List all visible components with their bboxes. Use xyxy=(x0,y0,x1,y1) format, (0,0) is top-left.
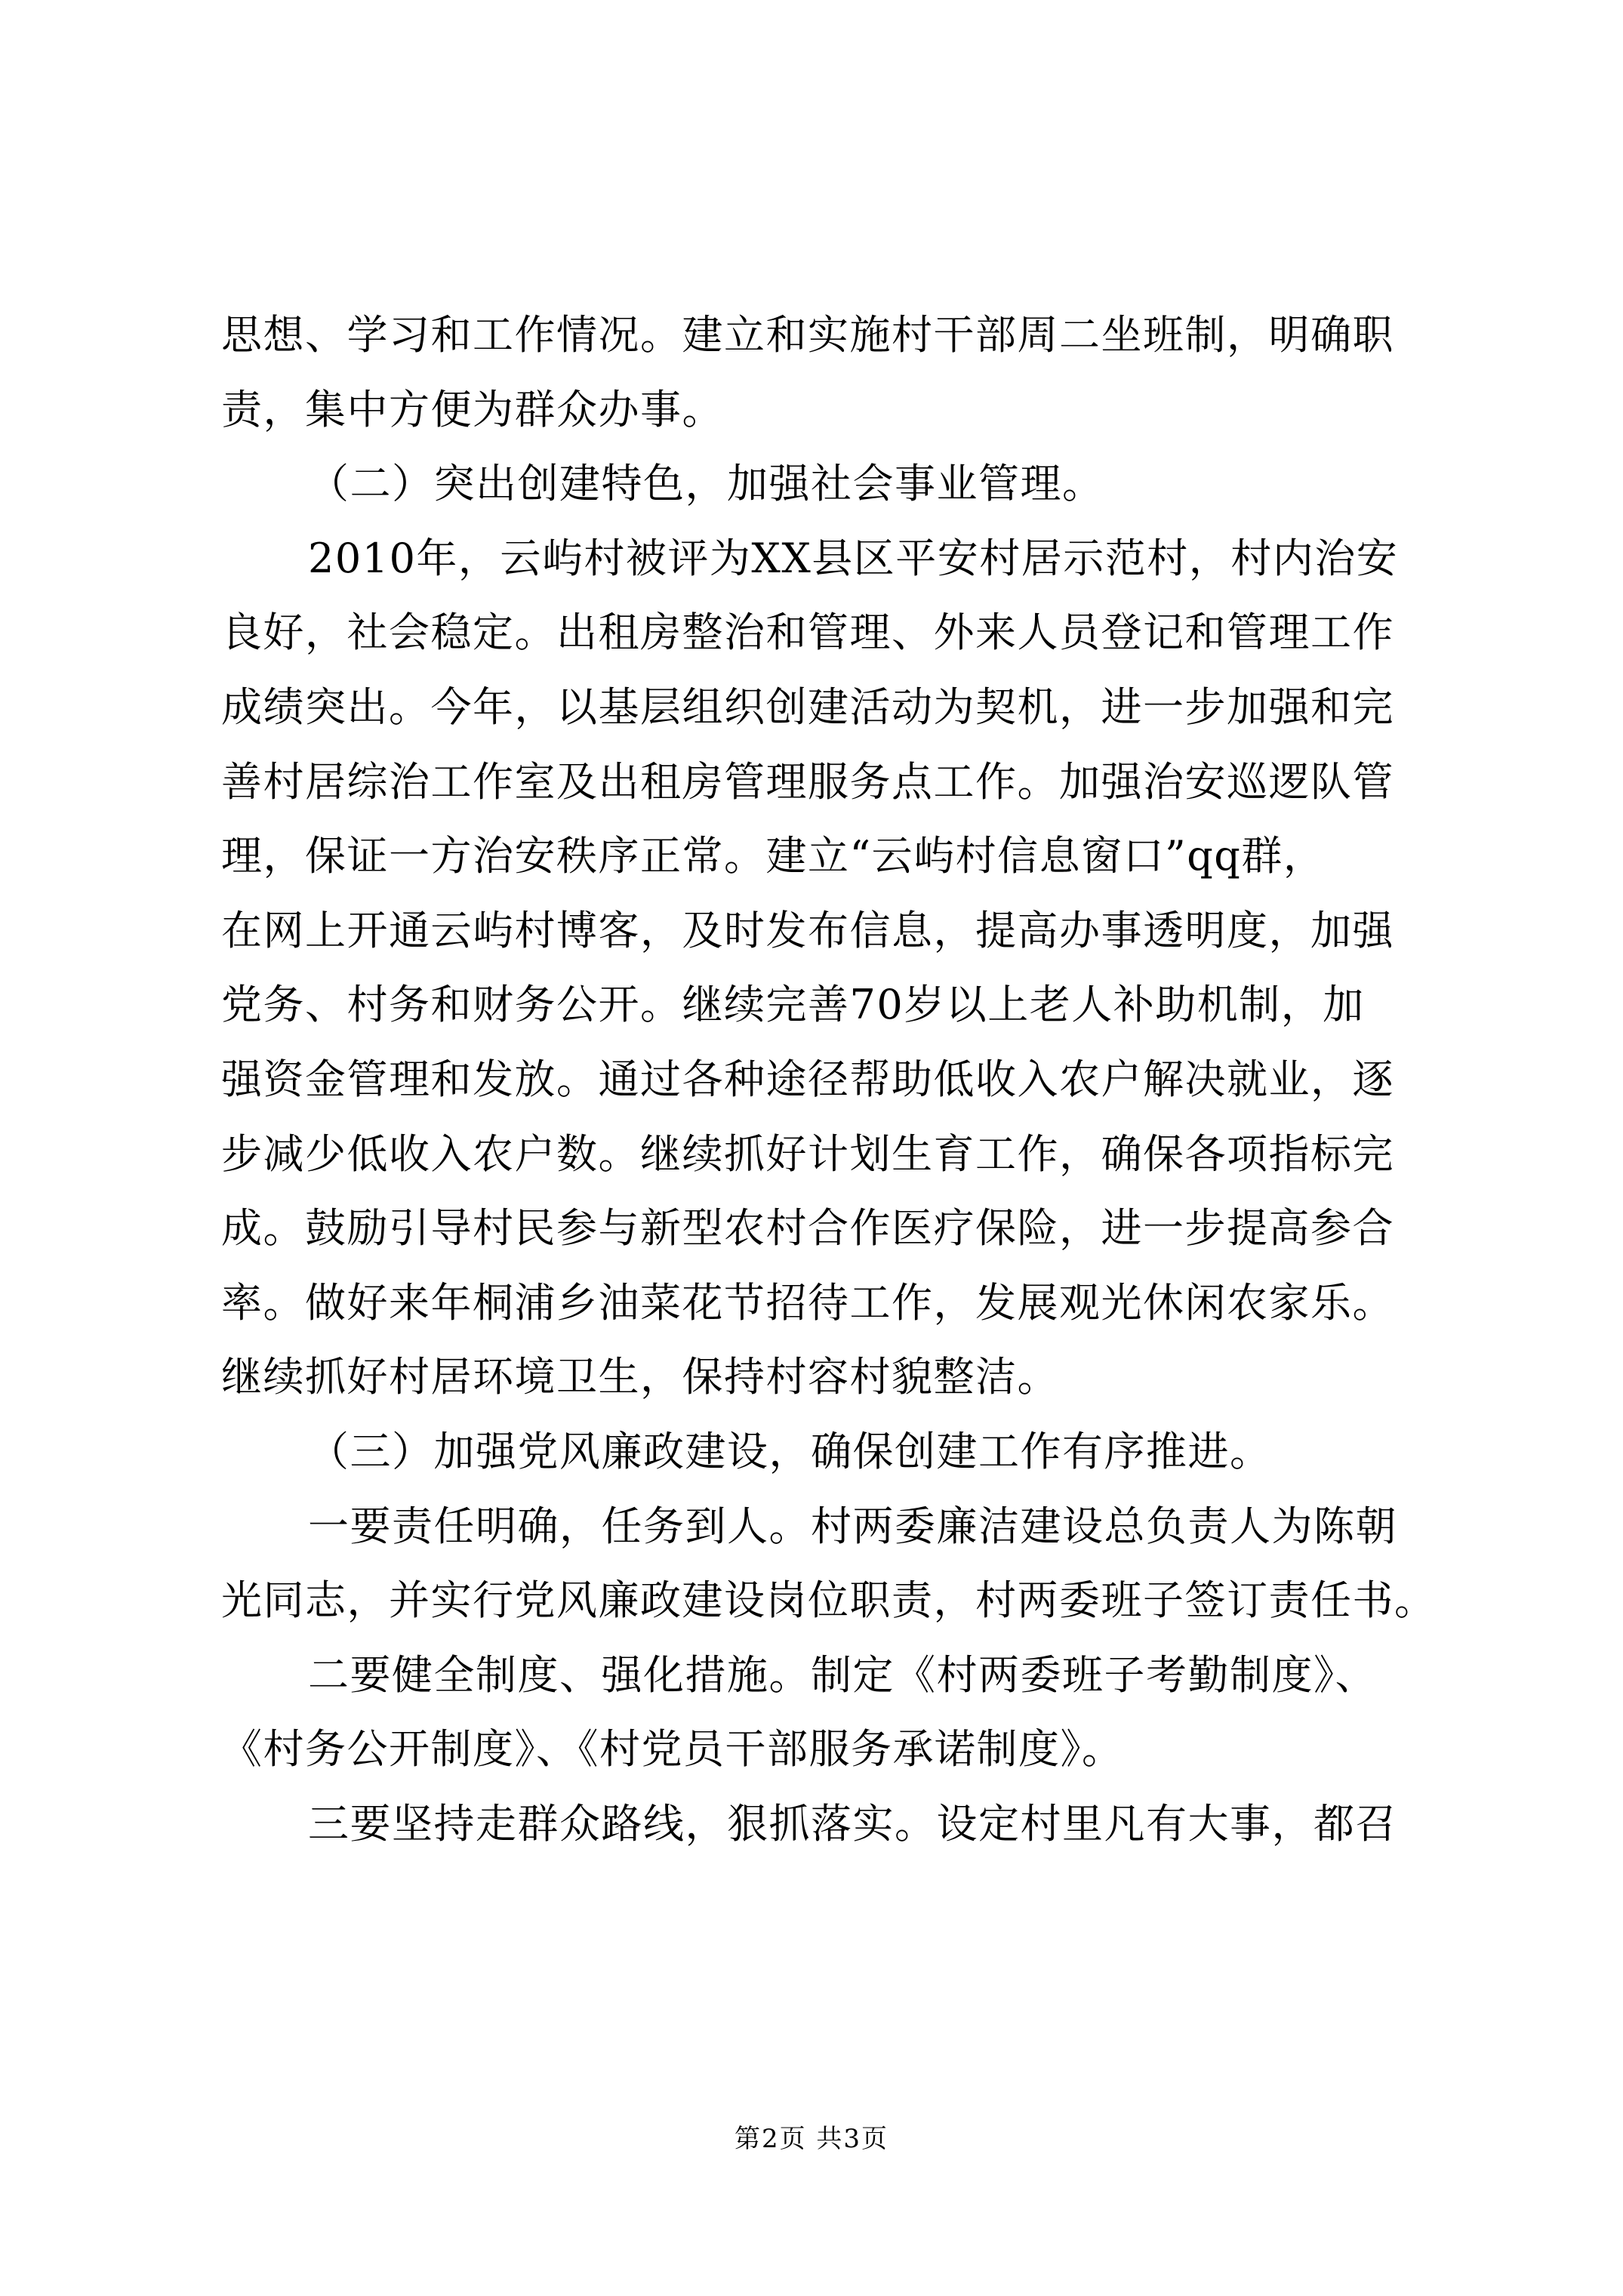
text-line-5: 良好，社会稳定。出租房整治和管理、外来人员登记和管理工作 xyxy=(221,603,1429,678)
text-line-2: 责，集中方便为群众办事。 xyxy=(221,381,1429,455)
text-line-19: 二要健全制度、强化措施。制定《村两委班子考勤制度》、 xyxy=(221,1646,1429,1721)
text-line-20: 《村务公开制度》、《村党员干部服务承诺制度》。 xyxy=(221,1720,1429,1795)
text-line-4: 2010年，云屿村被评为XX县区平安村居示范村，村内治安 xyxy=(221,529,1429,604)
text-line-10: 党务、村务和财务公开。继续完善70岁以上老人补助机制，加 xyxy=(221,975,1429,1050)
text-line-12: 步减少低收入农户数。继续抓好计划生育工作，确保各项指标完 xyxy=(221,1125,1429,1200)
section-heading-3: （三）加强党风廉政建设，确保创建工作有序推进。 xyxy=(221,1422,1429,1497)
text-line-15: 继续抓好村居环境卫生，保持村容村貌整洁。 xyxy=(221,1348,1429,1422)
text-line-14: 率。做好来年桐浦乡油菜花节招待工作，发展观光休闲农家乐。 xyxy=(221,1274,1429,1348)
document-body: 思想、学习和工作情况。建立和实施村干部周二坐班制，明确职 责，集中方便为群众办事… xyxy=(221,306,1429,1869)
text-line-13: 成。鼓励引导村民参与新型农村合作医疗保险，进一步提高参合 xyxy=(221,1199,1429,1274)
text-line-1: 思想、学习和工作情况。建立和实施村干部周二坐班制，明确职 xyxy=(221,306,1429,381)
text-line-8: 理，保证一方治安秩序正常。建立“云屿村信息窗口”qq群， xyxy=(221,827,1429,901)
text-line-21: 三要坚持走群众路线，狠抓落实。设定村里凡有大事，都召 xyxy=(221,1795,1429,1869)
text-line-7: 善村居综治工作室及出租房管理服务点工作。加强治安巡逻队管 xyxy=(221,753,1429,827)
text-line-11: 强资金管理和发放。通过各种途径帮助低收入农户解决就业，逐 xyxy=(221,1050,1429,1125)
text-line-9: 在网上开通云屿村博客，及时发布信息，提高办事透明度，加强 xyxy=(221,901,1429,976)
page-number-footer: 第2页 共3页 xyxy=(0,2122,1623,2156)
text-line-18: 光同志，并实行党风廉政建设岗位职责，村两委班子签订责任书。 xyxy=(221,1571,1429,1646)
text-line-6: 成绩突出。今年，以基层组织创建活动为契机，进一步加强和完 xyxy=(221,678,1429,753)
document-page: 思想、学习和工作情况。建立和实施村干部周二坐班制，明确职 责，集中方便为群众办事… xyxy=(0,0,1623,2296)
text-line-17: 一要责任明确，任务到人。村两委廉洁建设总负责人为陈朝 xyxy=(221,1497,1429,1572)
section-heading-2: （二）突出创建特色，加强社会事业管理。 xyxy=(221,455,1429,529)
